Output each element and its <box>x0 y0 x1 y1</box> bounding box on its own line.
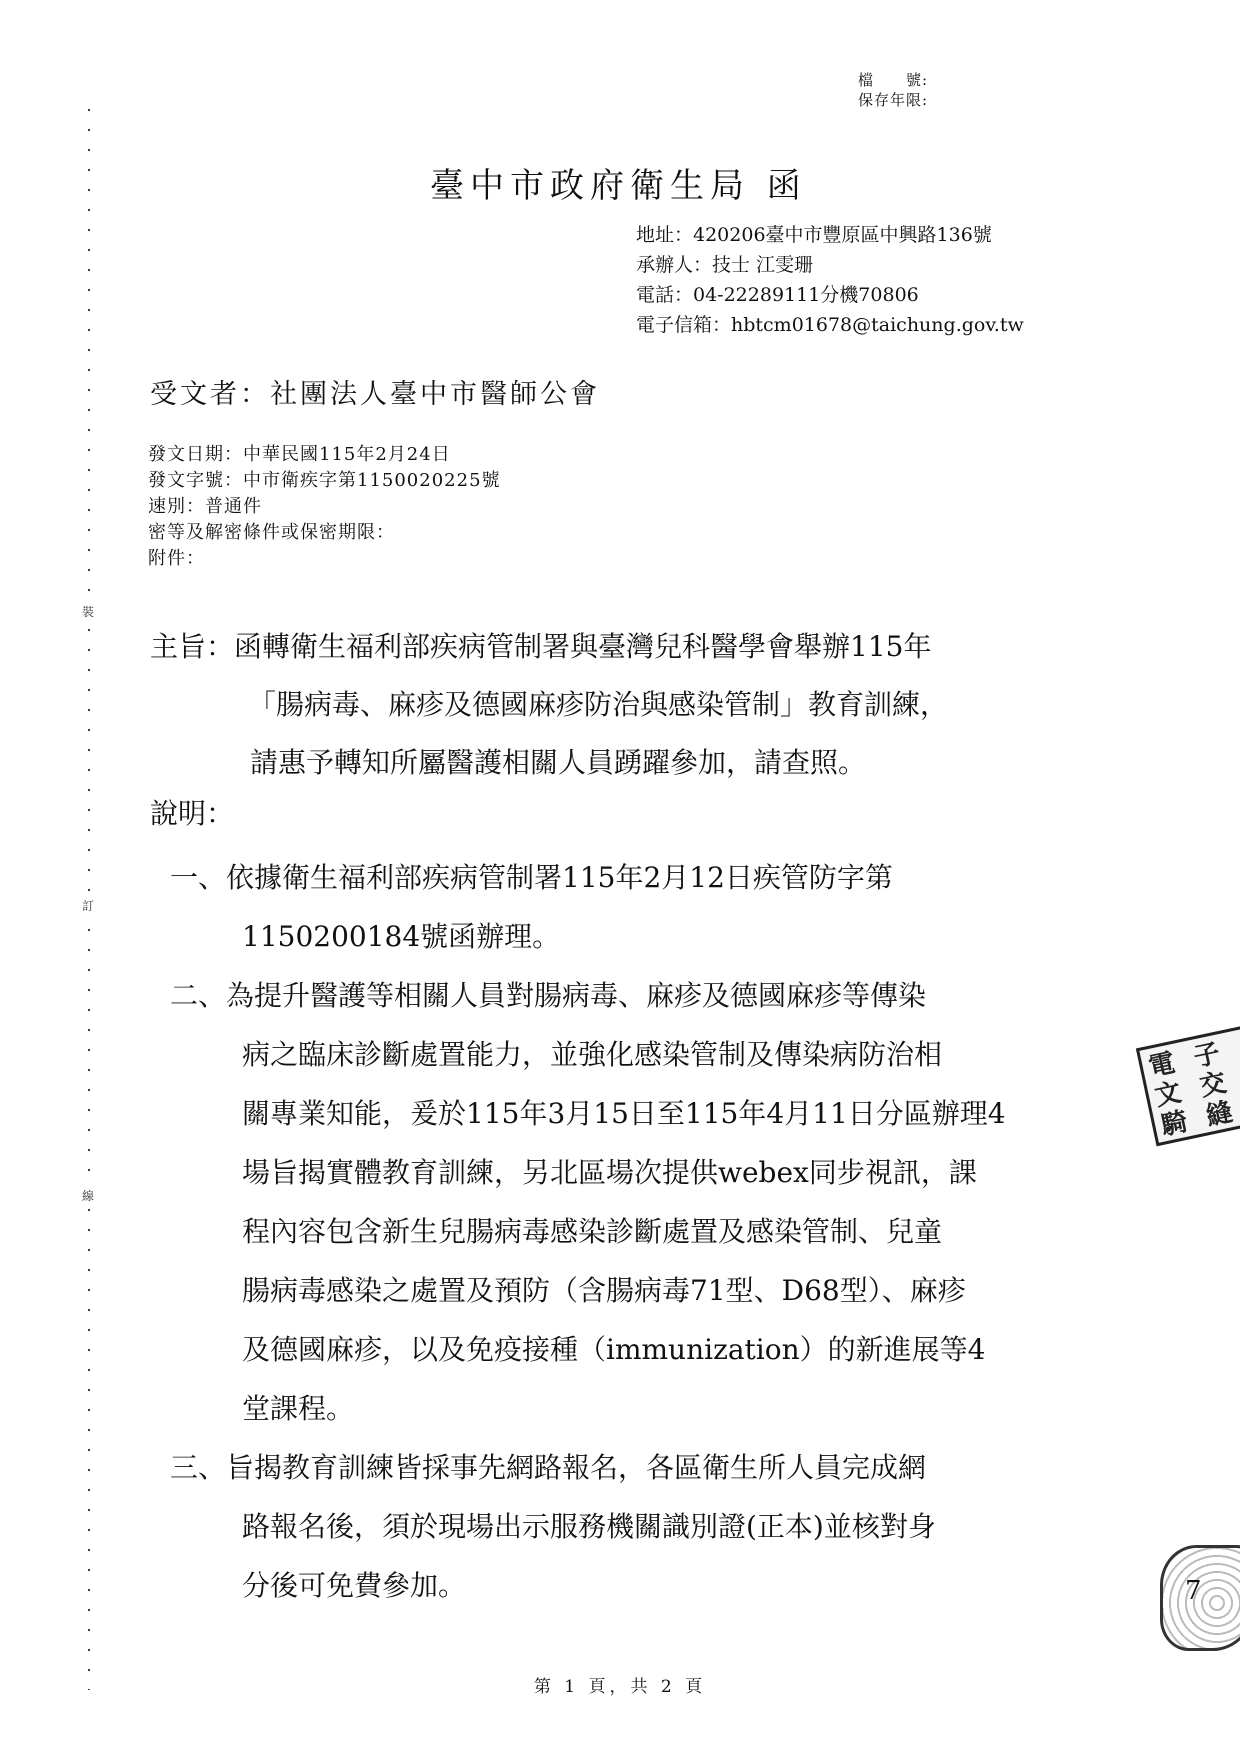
file-number-label: 檔 號: <box>858 70 928 90</box>
subject-line: 「腸病毒、麻疹及德國麻疹防治與感染管制」教育訓練， <box>150 676 1110 734</box>
priority: 速別：普通件 <box>148 494 501 520</box>
binding-margin-line <box>88 100 90 1690</box>
item-2-line: 程內容包含新生兒腸病毒感染診斷處置及感染管制、兒童 <box>170 1202 1130 1261</box>
binding-mark-ding: 訂 <box>82 898 94 914</box>
handler: 承辦人：技士 江雯珊 <box>636 250 1024 280</box>
binding-mark-zhuang: 裝 <box>82 604 94 620</box>
item-2-line: 關專業知能，爰於115年3月15日至115年4月11日分區辦理4 <box>170 1084 1130 1143</box>
item-2-line: 病之臨床診斷處置能力，並強化感染管制及傳染病防治相 <box>170 1025 1130 1084</box>
item-3-line: 路報名後，須於現場出示服務機關識別證(正本)並核對身 <box>170 1497 1130 1556</box>
document-meta: 發文日期：中華民國115年2月24日 發文字號：中市衛疾字第1150020225… <box>148 442 501 572</box>
subject-line: 主旨：函轉衛生福利部疾病管制署與臺灣兒科醫學會舉辦115年 <box>150 618 1110 676</box>
item-2-line: 腸病毒感染之處置及預防（含腸病毒71型、D68型）、麻疹 <box>170 1261 1130 1320</box>
seal-stamp-icon: 7 <box>1160 1545 1240 1651</box>
item-2-line: 堂課程。 <box>170 1379 1130 1438</box>
issue-date: 發文日期：中華民國115年2月24日 <box>148 442 501 468</box>
item-1-line: 一、依據衛生福利部疾病管制署115年2月12日疾管防字第 <box>170 848 1130 907</box>
email: 電子信箱：hbtcm01678@taichung.gov.tw <box>636 310 1024 340</box>
page-number: 第 1 頁，共 2 頁 <box>0 1672 1240 1697</box>
file-info: 檔 號: 保存年限: <box>858 70 928 110</box>
explanation-items: 一、依據衛生福利部疾病管制署115年2月12日疾管防字第 1150200184號… <box>170 848 1130 1615</box>
attachments: 附件： <box>148 546 501 572</box>
document-title: 臺中市政府衛生局 函 <box>430 158 807 207</box>
recipient: 受文者：社團法人臺中市醫師公會 <box>150 372 600 411</box>
seal-number: 7 <box>1185 1576 1202 1606</box>
subject-section: 主旨：函轉衛生福利部疾病管制署與臺灣兒科醫學會舉辦115年 「腸病毒、麻疹及德國… <box>150 618 1110 792</box>
electronic-seam-stamp: 電 子 文 交 騎 縫 <box>1136 1026 1240 1147</box>
issue-number: 發文字號：中市衛疾字第1150020225號 <box>148 468 501 494</box>
binding-mark-xian: 線 <box>82 1188 94 1204</box>
explanation-label: 說明： <box>150 792 234 832</box>
item-2-line: 二、為提升醫護等相關人員對腸病毒、麻疹及德國麻疹等傳染 <box>170 966 1130 1025</box>
subject-line: 請惠予轉知所屬醫護相關人員踴躍參加，請查照。 <box>150 734 1110 792</box>
confidentiality: 密等及解密條件或保密期限： <box>148 520 501 546</box>
address: 地址：420206臺中市豐原區中興路136號 <box>636 220 1024 250</box>
item-1-line: 1150200184號函辦理。 <box>170 907 1130 966</box>
item-3-line: 三、旨揭教育訓練皆採事先網路報名，各區衛生所人員完成網 <box>170 1438 1130 1497</box>
item-2-line: 場旨揭實體教育訓練，另北區場次提供webex同步視訊，課 <box>170 1143 1130 1202</box>
item-2-line: 及德國麻疹，以及免疫接種（immunization）的新進展等4 <box>170 1320 1130 1379</box>
item-3-line: 分後可免費參加。 <box>170 1556 1130 1615</box>
phone: 電話：04-22289111分機70806 <box>636 280 1024 310</box>
contact-block: 地址：420206臺中市豐原區中興路136號 承辦人：技士 江雯珊 電話：04-… <box>636 220 1024 340</box>
retention-period-label: 保存年限: <box>858 90 928 110</box>
